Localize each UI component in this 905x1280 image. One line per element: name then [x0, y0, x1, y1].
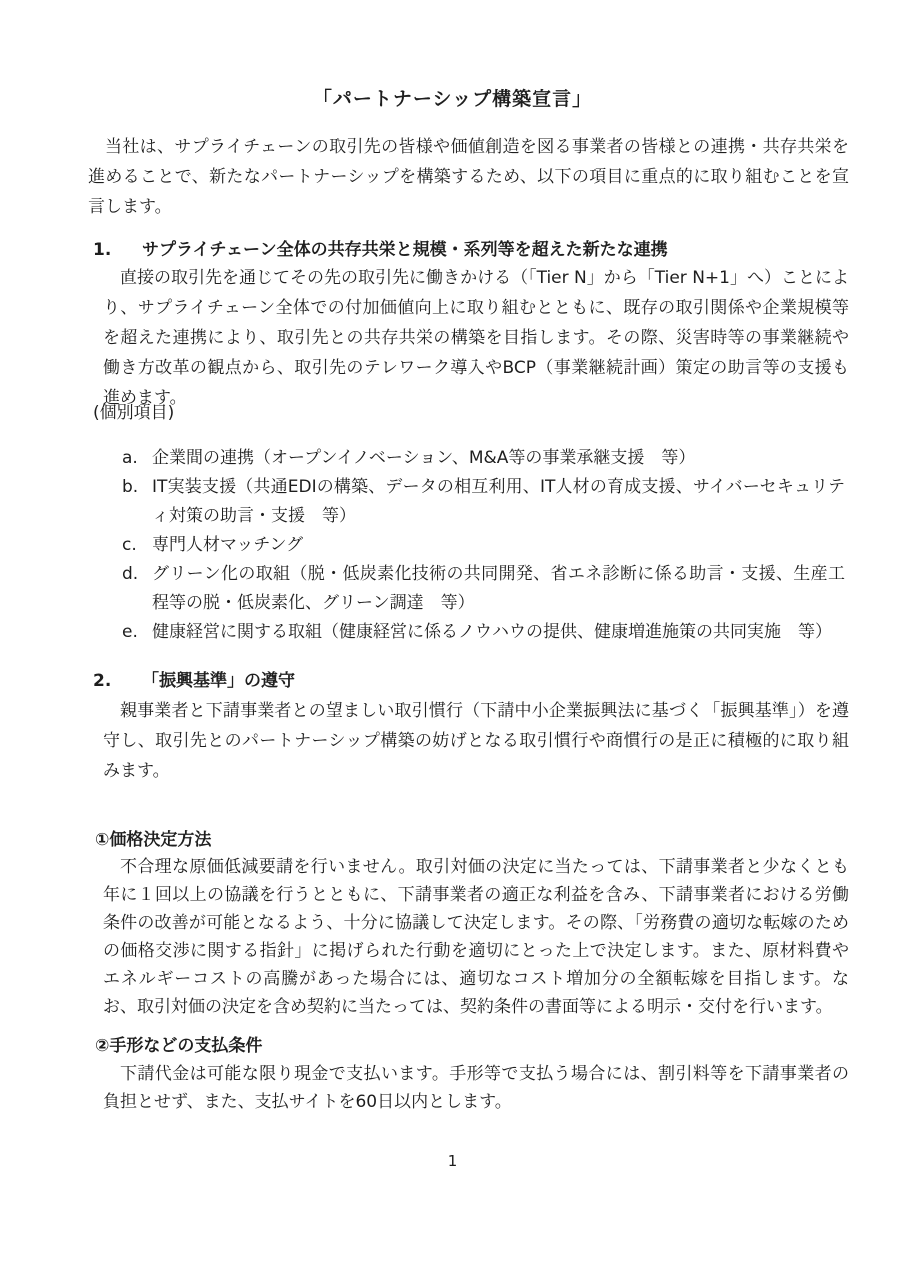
individual-items-label: (個別項目)	[93, 399, 174, 427]
list-item: c. 専門人材マッチング	[122, 531, 845, 560]
subsection-1-heading: ①価格決定方法	[95, 826, 849, 854]
section-2-heading-text: 「振興基準」の遵守	[142, 671, 295, 691]
page-title: 「パートナーシップ構築宣言」	[0, 84, 905, 111]
section-2-body: 親事業者と下請事業者との望ましい取引慣行（下請中小企業振興法に基づく「振興基準」…	[103, 696, 849, 786]
individual-items-list: a. 企業間の連携（オープンイノベーション、M&A等の事業承継支援 等） b. …	[122, 444, 845, 647]
list-item-text: 健康経営に関する取組（健康経営に係るノウハウの提供、健康増進施策の共同実施 等）	[152, 618, 845, 647]
list-item: e. 健康経営に関する取組（健康経営に係るノウハウの提供、健康増進施策の共同実施…	[122, 618, 845, 647]
list-item-text: 企業間の連携（オープンイノベーション、M&A等の事業承継支援 等）	[152, 444, 845, 473]
section-1-heading-text: サプライチェーン全体の共存共栄と規模・系列等を超えた新たな連携	[142, 240, 668, 260]
list-item-text: IT実装支援（共通EDIの構築、データの相互利用、IT人材の育成支援、サイバーセ…	[152, 473, 845, 531]
list-item-marker: d.	[122, 560, 152, 618]
subsection-2-heading: ②手形などの支払条件	[95, 1032, 849, 1060]
list-item-text: 専門人材マッチング	[152, 531, 845, 560]
list-item-marker: a.	[122, 444, 152, 473]
section-1-heading: 1.サプライチェーン全体の共存共栄と規模・系列等を超えた新たな連携	[93, 236, 849, 264]
section-1-number: 1.	[93, 236, 142, 264]
subsection-2-body: 下請代金は可能な限り現金で支払います。手形等で支払う場合には、割引料等を下請事業…	[103, 1060, 849, 1116]
section-2-heading: 2.「振興基準」の遵守	[93, 667, 849, 695]
list-item-marker: e.	[122, 618, 152, 647]
subsection-1-body: 不合理な原価低減要請を行いません。取引対価の決定に当たっては、下請事業者と少なく…	[103, 853, 849, 1021]
list-item: b. IT実装支援（共通EDIの構築、データの相互利用、IT人材の育成支援、サイ…	[122, 473, 845, 531]
list-item-text: グリーン化の取組（脱・低炭素化技術の共同開発、省エネ診断に係る助言・支援、生産工…	[152, 560, 845, 618]
page-number: 1	[0, 1152, 905, 1170]
document-page: 「パートナーシップ構築宣言」 当社は、サプライチェーンの取引先の皆様や価値創造を…	[0, 0, 905, 1280]
list-item: a. 企業間の連携（オープンイノベーション、M&A等の事業承継支援 等）	[122, 444, 845, 473]
list-item-marker: c.	[122, 531, 152, 560]
section-1-body: 直接の取引先を通じてその先の取引先に働きかける（「Tier N」から「Tier …	[103, 263, 849, 413]
intro-paragraph: 当社は、サプライチェーンの取引先の皆様や価値創造を図る事業者の皆様との連携・共存…	[88, 132, 849, 222]
list-item: d. グリーン化の取組（脱・低炭素化技術の共同開発、省エネ診断に係る助言・支援、…	[122, 560, 845, 618]
section-2-number: 2.	[93, 667, 142, 695]
list-item-marker: b.	[122, 473, 152, 531]
